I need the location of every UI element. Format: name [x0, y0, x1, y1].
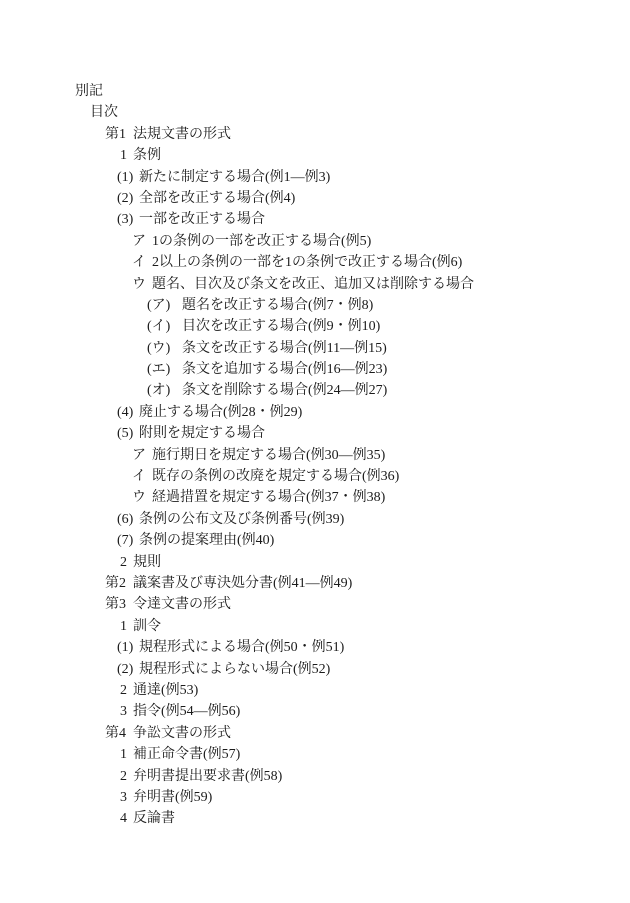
toc-line: 3弁明書(例59): [120, 787, 630, 808]
toc-item-text: 一部を改正する場合: [139, 209, 265, 230]
toc-item-number: (2): [117, 188, 139, 209]
toc-item-number: (1): [117, 637, 139, 658]
toc-title: 目次: [90, 102, 630, 123]
toc-item-text: 目次を改正する場合(例9・例10): [182, 316, 380, 337]
document-page: 別記目次第1法規文書の形式1条例(1)新たに制定する場合(例1―例3)(2)全部…: [0, 0, 630, 903]
toc-item-text: 附則を規定する場合: [139, 423, 265, 444]
toc-item-number: 2: [120, 680, 133, 701]
toc-line: 第4争訟文書の形式: [105, 723, 630, 744]
toc-item-number: ア: [132, 231, 152, 252]
toc-item-text: 目次: [90, 102, 118, 123]
toc-item-number: 2: [120, 766, 133, 787]
toc-item-text: 指令(例54―例56): [133, 701, 240, 722]
toc-item-text: 法規文書の形式: [133, 124, 231, 145]
toc-item-number: 第1: [105, 124, 133, 145]
toc-line: (7)条例の提案理由(例40): [117, 530, 630, 551]
toc-item-text: 規程形式による場合(例50・例51): [139, 637, 344, 658]
toc-line: 1補正命令書(例57): [120, 744, 630, 765]
toc-line: ア施行期日を規定する場合(例30―例35): [132, 445, 630, 466]
toc-item-text: 反論書: [133, 808, 175, 829]
toc-item-text: 条例: [133, 145, 161, 166]
toc-item-number: 1: [120, 145, 133, 166]
toc-item-text: 争訟文書の形式: [133, 723, 231, 744]
toc-line: (2)規程形式によらない場合(例52): [117, 659, 630, 680]
toc-line: 第2議案書及び専決処分書(例41―例49): [105, 573, 630, 594]
toc-item-text: 令達文書の形式: [133, 594, 231, 615]
toc-item-number: 第2: [105, 573, 133, 594]
toc-item-text: 1の条例の一部を改正する場合(例5): [152, 231, 371, 252]
toc-item-text: 条例の提案理由(例40): [139, 530, 274, 551]
toc-item-text: 既存の条例の改廃を規定する場合(例36): [152, 466, 399, 487]
toc-line: 2通達(例53): [120, 680, 630, 701]
toc-line: 2規則: [120, 552, 630, 573]
toc-item-text: 条文を追加する場合(例16―例23): [182, 359, 387, 380]
toc-item-text: 規程形式によらない場合(例52): [139, 659, 330, 680]
toc-item-number: 2: [120, 552, 133, 573]
toc-item-text: 弁明書(例59): [133, 787, 212, 808]
toc-item-number: (2): [117, 659, 139, 680]
toc-item-text: 2以上の条例の一部を1の条例で改正する場合(例6): [152, 252, 462, 273]
toc-item-text: 規則: [133, 552, 161, 573]
toc-line: 2弁明書提出要求書(例58): [120, 766, 630, 787]
toc-item-number: 3: [120, 701, 133, 722]
toc-line: (6)条例の公布文及び条例番号(例39): [117, 509, 630, 530]
toc-item-number: (5): [117, 423, 139, 444]
toc-item-number: ア: [132, 445, 152, 466]
toc-item-number: 3: [120, 787, 133, 808]
toc-line: 4反論書: [120, 808, 630, 829]
toc-item-text: 条文を改正する場合(例11―例15): [182, 338, 387, 359]
toc-line: (1)規程形式による場合(例50・例51): [117, 637, 630, 658]
toc-item-text: 全部を改正する場合(例4): [139, 188, 295, 209]
toc-line: ア1の条例の一部を改正する場合(例5): [132, 231, 630, 252]
toc-item-text: 通達(例53): [133, 680, 198, 701]
toc-line: (ア)題名を改正する場合(例7・例8): [147, 295, 630, 316]
toc-item-number: (オ): [147, 380, 182, 401]
toc-list: 別記目次第1法規文書の形式1条例(1)新たに制定する場合(例1―例3)(2)全部…: [0, 0, 630, 830]
toc-item-text: 題名を改正する場合(例7・例8): [182, 295, 373, 316]
toc-item-number: (ウ): [147, 338, 182, 359]
toc-item-number: (1): [117, 167, 139, 188]
toc-item-number: イ: [132, 466, 152, 487]
toc-line: イ既存の条例の改廃を規定する場合(例36): [132, 466, 630, 487]
toc-item-text: 経過措置を規定する場合(例37・例38): [152, 487, 385, 508]
toc-line: (2)全部を改正する場合(例4): [117, 188, 630, 209]
toc-item-number: (7): [117, 530, 139, 551]
appendix-label: 別記: [75, 81, 630, 102]
toc-line: 第1法規文書の形式: [105, 124, 630, 145]
toc-line: (4)廃止する場合(例28・例29): [117, 402, 630, 423]
toc-item-text: 弁明書提出要求書(例58): [133, 766, 282, 787]
toc-line: ウ経過措置を規定する場合(例37・例38): [132, 487, 630, 508]
toc-item-number: 第3: [105, 594, 133, 615]
toc-item-number: ウ: [132, 274, 152, 295]
toc-item-text: 訓令: [133, 616, 161, 637]
toc-item-number: イ: [132, 252, 152, 273]
toc-item-number: (ア): [147, 295, 182, 316]
toc-line: (イ)目次を改正する場合(例9・例10): [147, 316, 630, 337]
toc-item-text: 施行期日を規定する場合(例30―例35): [152, 445, 385, 466]
toc-item-text: 廃止する場合(例28・例29): [139, 402, 302, 423]
toc-item-number: (イ): [147, 316, 182, 337]
toc-line: (オ)条文を削除する場合(例24―例27): [147, 380, 630, 401]
toc-line: ウ題名、目次及び条文を改正、追加又は削除する場合: [132, 274, 630, 295]
toc-line: (エ)条文を追加する場合(例16―例23): [147, 359, 630, 380]
toc-line: 3指令(例54―例56): [120, 701, 630, 722]
toc-line: 第3令達文書の形式: [105, 594, 630, 615]
toc-item-text: 議案書及び専決処分書(例41―例49): [133, 573, 352, 594]
toc-item-text: 条例の公布文及び条例番号(例39): [139, 509, 344, 530]
toc-item-text: 別記: [75, 81, 103, 102]
toc-line: (3)一部を改正する場合: [117, 209, 630, 230]
toc-line: 1訓令: [120, 616, 630, 637]
toc-item-text: 新たに制定する場合(例1―例3): [139, 167, 330, 188]
toc-line: (ウ)条文を改正する場合(例11―例15): [147, 338, 630, 359]
toc-item-text: 題名、目次及び条文を改正、追加又は削除する場合: [152, 274, 474, 295]
toc-line: 1条例: [120, 145, 630, 166]
toc-line: (5)附則を規定する場合: [117, 423, 630, 444]
toc-item-number: (エ): [147, 359, 182, 380]
toc-item-number: (6): [117, 509, 139, 530]
toc-item-number: 1: [120, 744, 133, 765]
toc-item-number: 1: [120, 616, 133, 637]
toc-item-text: 補正命令書(例57): [133, 744, 240, 765]
toc-item-number: 第4: [105, 723, 133, 744]
toc-item-number: (3): [117, 209, 139, 230]
toc-item-number: ウ: [132, 487, 152, 508]
toc-line: (1)新たに制定する場合(例1―例3): [117, 167, 630, 188]
toc-item-text: 条文を削除する場合(例24―例27): [182, 380, 387, 401]
toc-item-number: 4: [120, 808, 133, 829]
toc-line: イ2以上の条例の一部を1の条例で改正する場合(例6): [132, 252, 630, 273]
toc-item-number: (4): [117, 402, 139, 423]
